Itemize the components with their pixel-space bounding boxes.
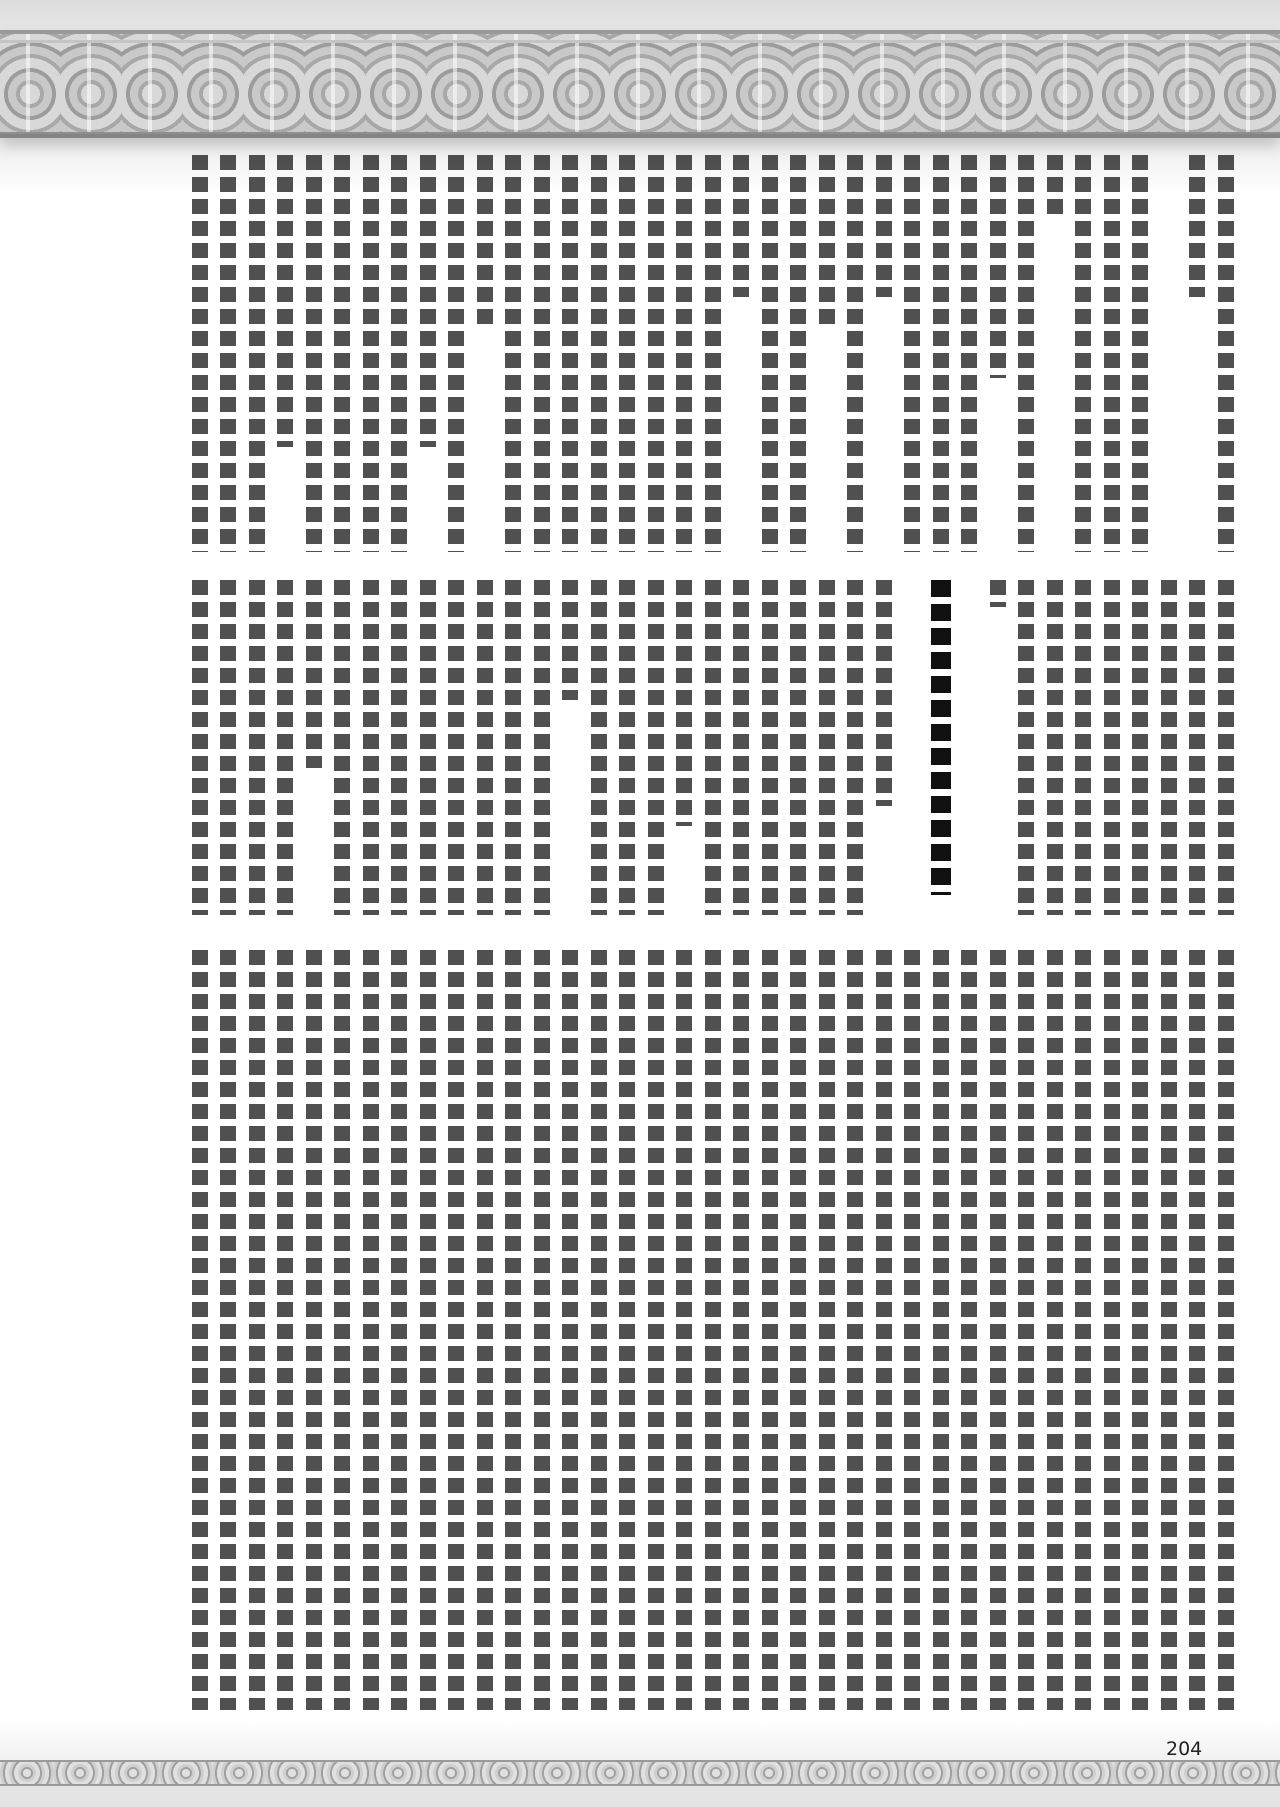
text-run-placeholder [448,580,464,915]
text-column [1098,950,1127,1725]
text-run-placeholder [847,580,863,915]
text-column [1012,950,1041,1725]
text-column [385,950,414,1725]
text-column [585,580,614,922]
text-column [898,580,927,922]
text-run-placeholder [363,155,379,552]
text-run-placeholder [1218,155,1234,552]
text-column [1212,950,1241,1725]
text-run-placeholder [676,580,692,826]
text-column [442,580,471,922]
border-shadow-bottom [0,1720,1280,1760]
text-column [841,950,870,1725]
text-column [1183,950,1212,1725]
text-run-placeholder [705,580,721,915]
text-column [414,950,443,1725]
text-column [727,950,756,1725]
text-run-placeholder [477,580,493,915]
text-column [1126,580,1155,922]
text-run-placeholder [591,580,607,915]
text-column [699,155,728,560]
text-run-placeholder [363,950,379,1710]
text-run-placeholder [1132,580,1148,915]
text-run-placeholder [249,950,265,1710]
text-column [271,155,300,560]
text-run-placeholder [591,155,607,552]
text-run-placeholder [192,155,208,552]
text-column [870,155,899,560]
text-run-placeholder [1161,950,1177,1710]
text-column [784,580,813,922]
text-column [471,950,500,1725]
text-column [357,580,386,922]
text-column [442,950,471,1725]
text-run-placeholder [990,950,1006,1710]
text-run-placeholder [477,155,493,325]
text-run-placeholder [705,950,721,1710]
text-column [984,580,1013,922]
text-run-placeholder [961,950,977,1710]
text-band-2 [140,580,1240,922]
text-column [243,155,272,560]
text-run-placeholder [277,155,293,447]
text-column [1098,580,1127,922]
text-column [243,580,272,922]
text-column [1183,580,1212,922]
text-column [699,580,728,922]
text-column [528,950,557,1725]
text-run-placeholder [220,155,236,552]
text-run-placeholder [990,580,1006,607]
text-run-placeholder [562,950,578,1710]
text-column [328,155,357,560]
text-run-placeholder [562,155,578,552]
text-column [642,155,671,560]
text-column [186,155,215,560]
text-column [414,155,443,560]
text-run-placeholder [562,580,578,700]
text-column [1069,155,1098,560]
text-column [300,155,329,560]
text-column [1041,155,1070,560]
text-column [499,580,528,922]
text-run-placeholder [334,950,350,1710]
text-column [328,950,357,1725]
text-column [556,580,585,922]
text-column [1155,580,1184,922]
text-column [556,950,585,1725]
text-column [1098,155,1127,560]
text-run-placeholder [391,950,407,1710]
text-run-placeholder [961,155,977,552]
text-column [556,155,585,560]
text-column [186,950,215,1725]
text-run-placeholder [762,580,778,915]
text-run-placeholder [990,155,1006,378]
text-column [1126,950,1155,1725]
text-run-placeholder [1218,580,1234,915]
text-run-placeholder [876,155,892,297]
text-column [955,155,984,560]
text-column [955,580,984,922]
text-run-placeholder [334,155,350,552]
text-run-placeholder [1018,580,1034,915]
text-column [585,155,614,560]
text-run-placeholder [762,155,778,552]
text-column [1041,580,1070,922]
text-column [784,950,813,1725]
text-column [1041,950,1070,1725]
text-run-placeholder [876,950,892,1710]
text-run-placeholder [306,580,322,768]
text-column [271,950,300,1725]
text-run-placeholder [705,155,721,552]
text-run-placeholder [1104,155,1120,552]
text-column [1012,580,1041,922]
text-column [613,155,642,560]
text-run-placeholder [1018,155,1034,552]
text-run-placeholder [448,950,464,1710]
text-run-placeholder [1132,950,1148,1710]
text-column [613,950,642,1725]
text-column [642,950,671,1725]
text-run-placeholder [220,580,236,915]
text-column [214,950,243,1725]
text-run-placeholder [931,580,951,895]
text-column [1069,580,1098,922]
text-column [214,580,243,922]
text-run-placeholder [648,950,664,1710]
text-run-placeholder [904,950,920,1710]
text-column [813,580,842,922]
text-column [1212,580,1241,922]
text-run-placeholder [790,950,806,1710]
text-column [984,155,1013,560]
text-column [414,580,443,922]
text-column [984,950,1013,1725]
text-column [670,950,699,1725]
text-run-placeholder [933,155,949,552]
text-run-placeholder [733,580,749,915]
text-run-placeholder [1047,580,1063,915]
text-run-placeholder [420,950,436,1710]
text-band-3 [140,950,1240,1725]
text-run-placeholder [876,580,892,806]
text-run-placeholder [420,580,436,915]
text-run-placeholder [790,155,806,552]
text-run-placeholder [591,950,607,1710]
text-column [642,580,671,922]
text-run-placeholder [733,155,749,297]
text-column [727,580,756,922]
text-run-placeholder [648,155,664,552]
text-column [328,580,357,922]
text-column [670,580,699,922]
ornamental-border-bottom [0,1760,1280,1786]
text-column [670,155,699,560]
text-column [528,580,557,922]
text-run-placeholder [363,580,379,915]
text-run-placeholder [1189,950,1205,1710]
text-column [699,950,728,1725]
text-run-placeholder [1161,580,1177,915]
text-run-placeholder [534,950,550,1710]
text-run-placeholder [819,580,835,915]
text-run-placeholder [1047,155,1063,216]
text-run-placeholder [847,155,863,552]
text-column [870,580,899,922]
text-column [1126,155,1155,560]
text-column [585,950,614,1725]
text-run-placeholder [1047,950,1063,1710]
text-run-placeholder [334,580,350,915]
text-column [927,950,956,1725]
text-run-placeholder [904,155,920,552]
text-column [898,950,927,1725]
text-column [385,580,414,922]
text-run-placeholder [1075,950,1091,1710]
text-run-placeholder [477,950,493,1710]
text-run-placeholder [819,155,835,325]
text-column [499,155,528,560]
text-column [186,580,215,922]
text-column [214,155,243,560]
text-column [357,950,386,1725]
text-column [385,155,414,560]
text-column [471,155,500,560]
text-column [1069,950,1098,1725]
text-column [756,155,785,560]
text-column [300,950,329,1725]
text-column [442,155,471,560]
text-column [613,580,642,922]
page-bottom-background [0,1786,1280,1807]
text-run-placeholder [192,580,208,915]
text-run-placeholder [1075,580,1091,915]
text-run-placeholder [1132,155,1148,552]
text-run-placeholder [306,950,322,1710]
text-run-placeholder [619,950,635,1710]
text-column [1012,155,1041,560]
text-column [756,950,785,1725]
text-run-placeholder [505,950,521,1710]
text-column [1212,155,1241,560]
text-run-placeholder [448,155,464,552]
text-column [300,580,329,922]
text-run-placeholder [505,580,521,915]
text-run-placeholder [619,155,635,552]
text-column [756,580,785,922]
text-column [870,950,899,1725]
text-run-placeholder [534,155,550,552]
text-run-placeholder [391,155,407,552]
text-run-placeholder [733,950,749,1710]
text-column [271,580,300,922]
text-run-placeholder [1218,950,1234,1710]
text-column [813,155,842,560]
text-column [1183,155,1212,560]
text-run-placeholder [220,950,236,1710]
text-column [841,155,870,560]
text-column [1155,155,1184,560]
text-run-placeholder [762,950,778,1710]
text-run-placeholder [1075,155,1091,552]
text-run-placeholder [192,950,208,1710]
text-column [898,155,927,560]
text-run-placeholder [933,950,949,1710]
text-run-placeholder [277,950,293,1710]
text-column [243,950,272,1725]
text-column [841,580,870,922]
ornamental-border-top [0,30,1280,138]
text-column [955,950,984,1725]
text-run-placeholder [790,580,806,915]
text-run-placeholder [1104,580,1120,915]
text-run-placeholder [306,155,322,552]
text-run-placeholder [505,155,521,552]
text-column [813,950,842,1725]
text-column [784,155,813,560]
text-run-placeholder [391,580,407,915]
text-run-placeholder [1104,950,1120,1710]
text-run-placeholder [619,580,635,915]
text-run-placeholder [1189,580,1205,915]
border-top-rule [0,40,1280,43]
text-run-placeholder [648,580,664,915]
text-column [357,155,386,560]
text-column [499,950,528,1725]
text-run-placeholder [1018,950,1034,1710]
text-run-placeholder [534,580,550,915]
text-run-placeholder [676,950,692,1710]
text-run-placeholder [676,155,692,552]
text-band-1 [140,155,1240,560]
text-run-placeholder [847,950,863,1710]
text-column [528,155,557,560]
text-run-placeholder [249,155,265,552]
text-run-placeholder [819,950,835,1710]
text-run-placeholder [277,580,293,915]
page-number: 204 [1166,1738,1202,1760]
text-run-placeholder [420,155,436,447]
text-column [1155,950,1184,1725]
text-run-placeholder [249,580,265,915]
section-heading-column [927,580,956,922]
text-column [727,155,756,560]
text-column [471,580,500,922]
page-top-background [0,0,1280,30]
text-column [927,155,956,560]
text-run-placeholder [1189,155,1205,297]
